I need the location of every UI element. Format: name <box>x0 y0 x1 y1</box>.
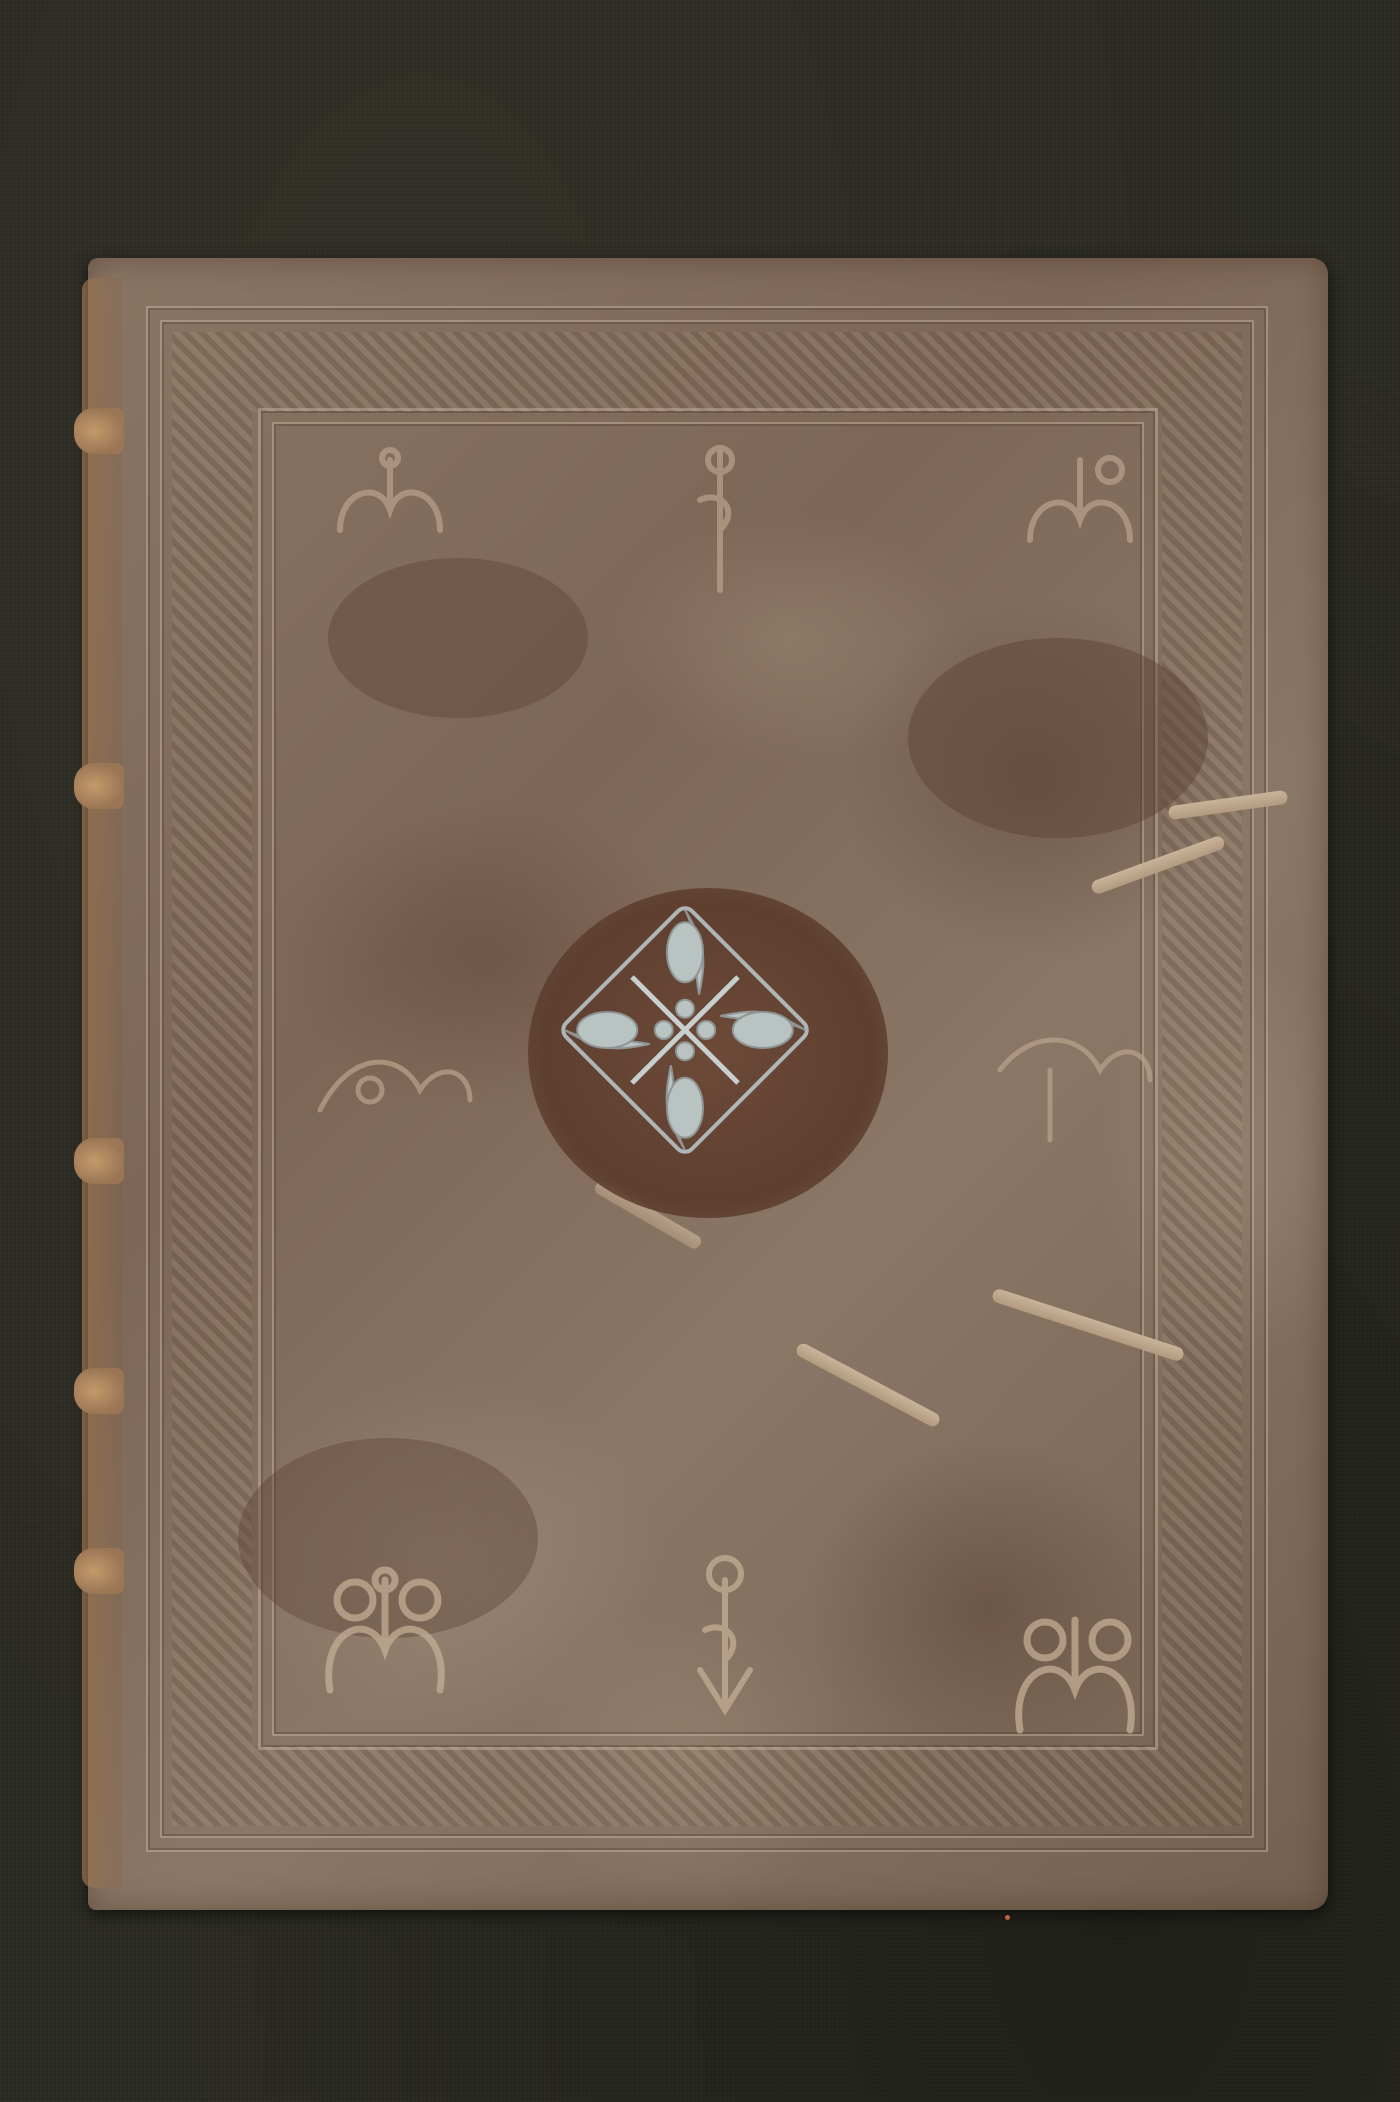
raised-band <box>74 1368 124 1414</box>
fleuron-ornament-icon <box>680 1550 770 1720</box>
fleuron-ornament-icon <box>680 440 760 600</box>
fleuron-ornament-icon <box>990 1020 1160 1150</box>
spine-edge <box>82 278 122 1888</box>
photo-scene <box>0 0 1400 2102</box>
fleuron-ornament-icon <box>320 440 460 560</box>
raised-band <box>74 763 124 809</box>
dark-stain <box>328 558 588 718</box>
fleuron-ornament-icon <box>1000 1600 1150 1750</box>
raised-band <box>74 1548 124 1594</box>
raised-band <box>74 408 124 454</box>
fleuron-ornament-icon <box>1010 440 1150 570</box>
fleuron-ornament-icon <box>310 1030 480 1140</box>
fleuron-ornament-icon <box>310 1560 460 1710</box>
red-speck <box>1005 1915 1010 1920</box>
dark-stain <box>908 638 1208 838</box>
raised-band <box>74 1138 124 1184</box>
